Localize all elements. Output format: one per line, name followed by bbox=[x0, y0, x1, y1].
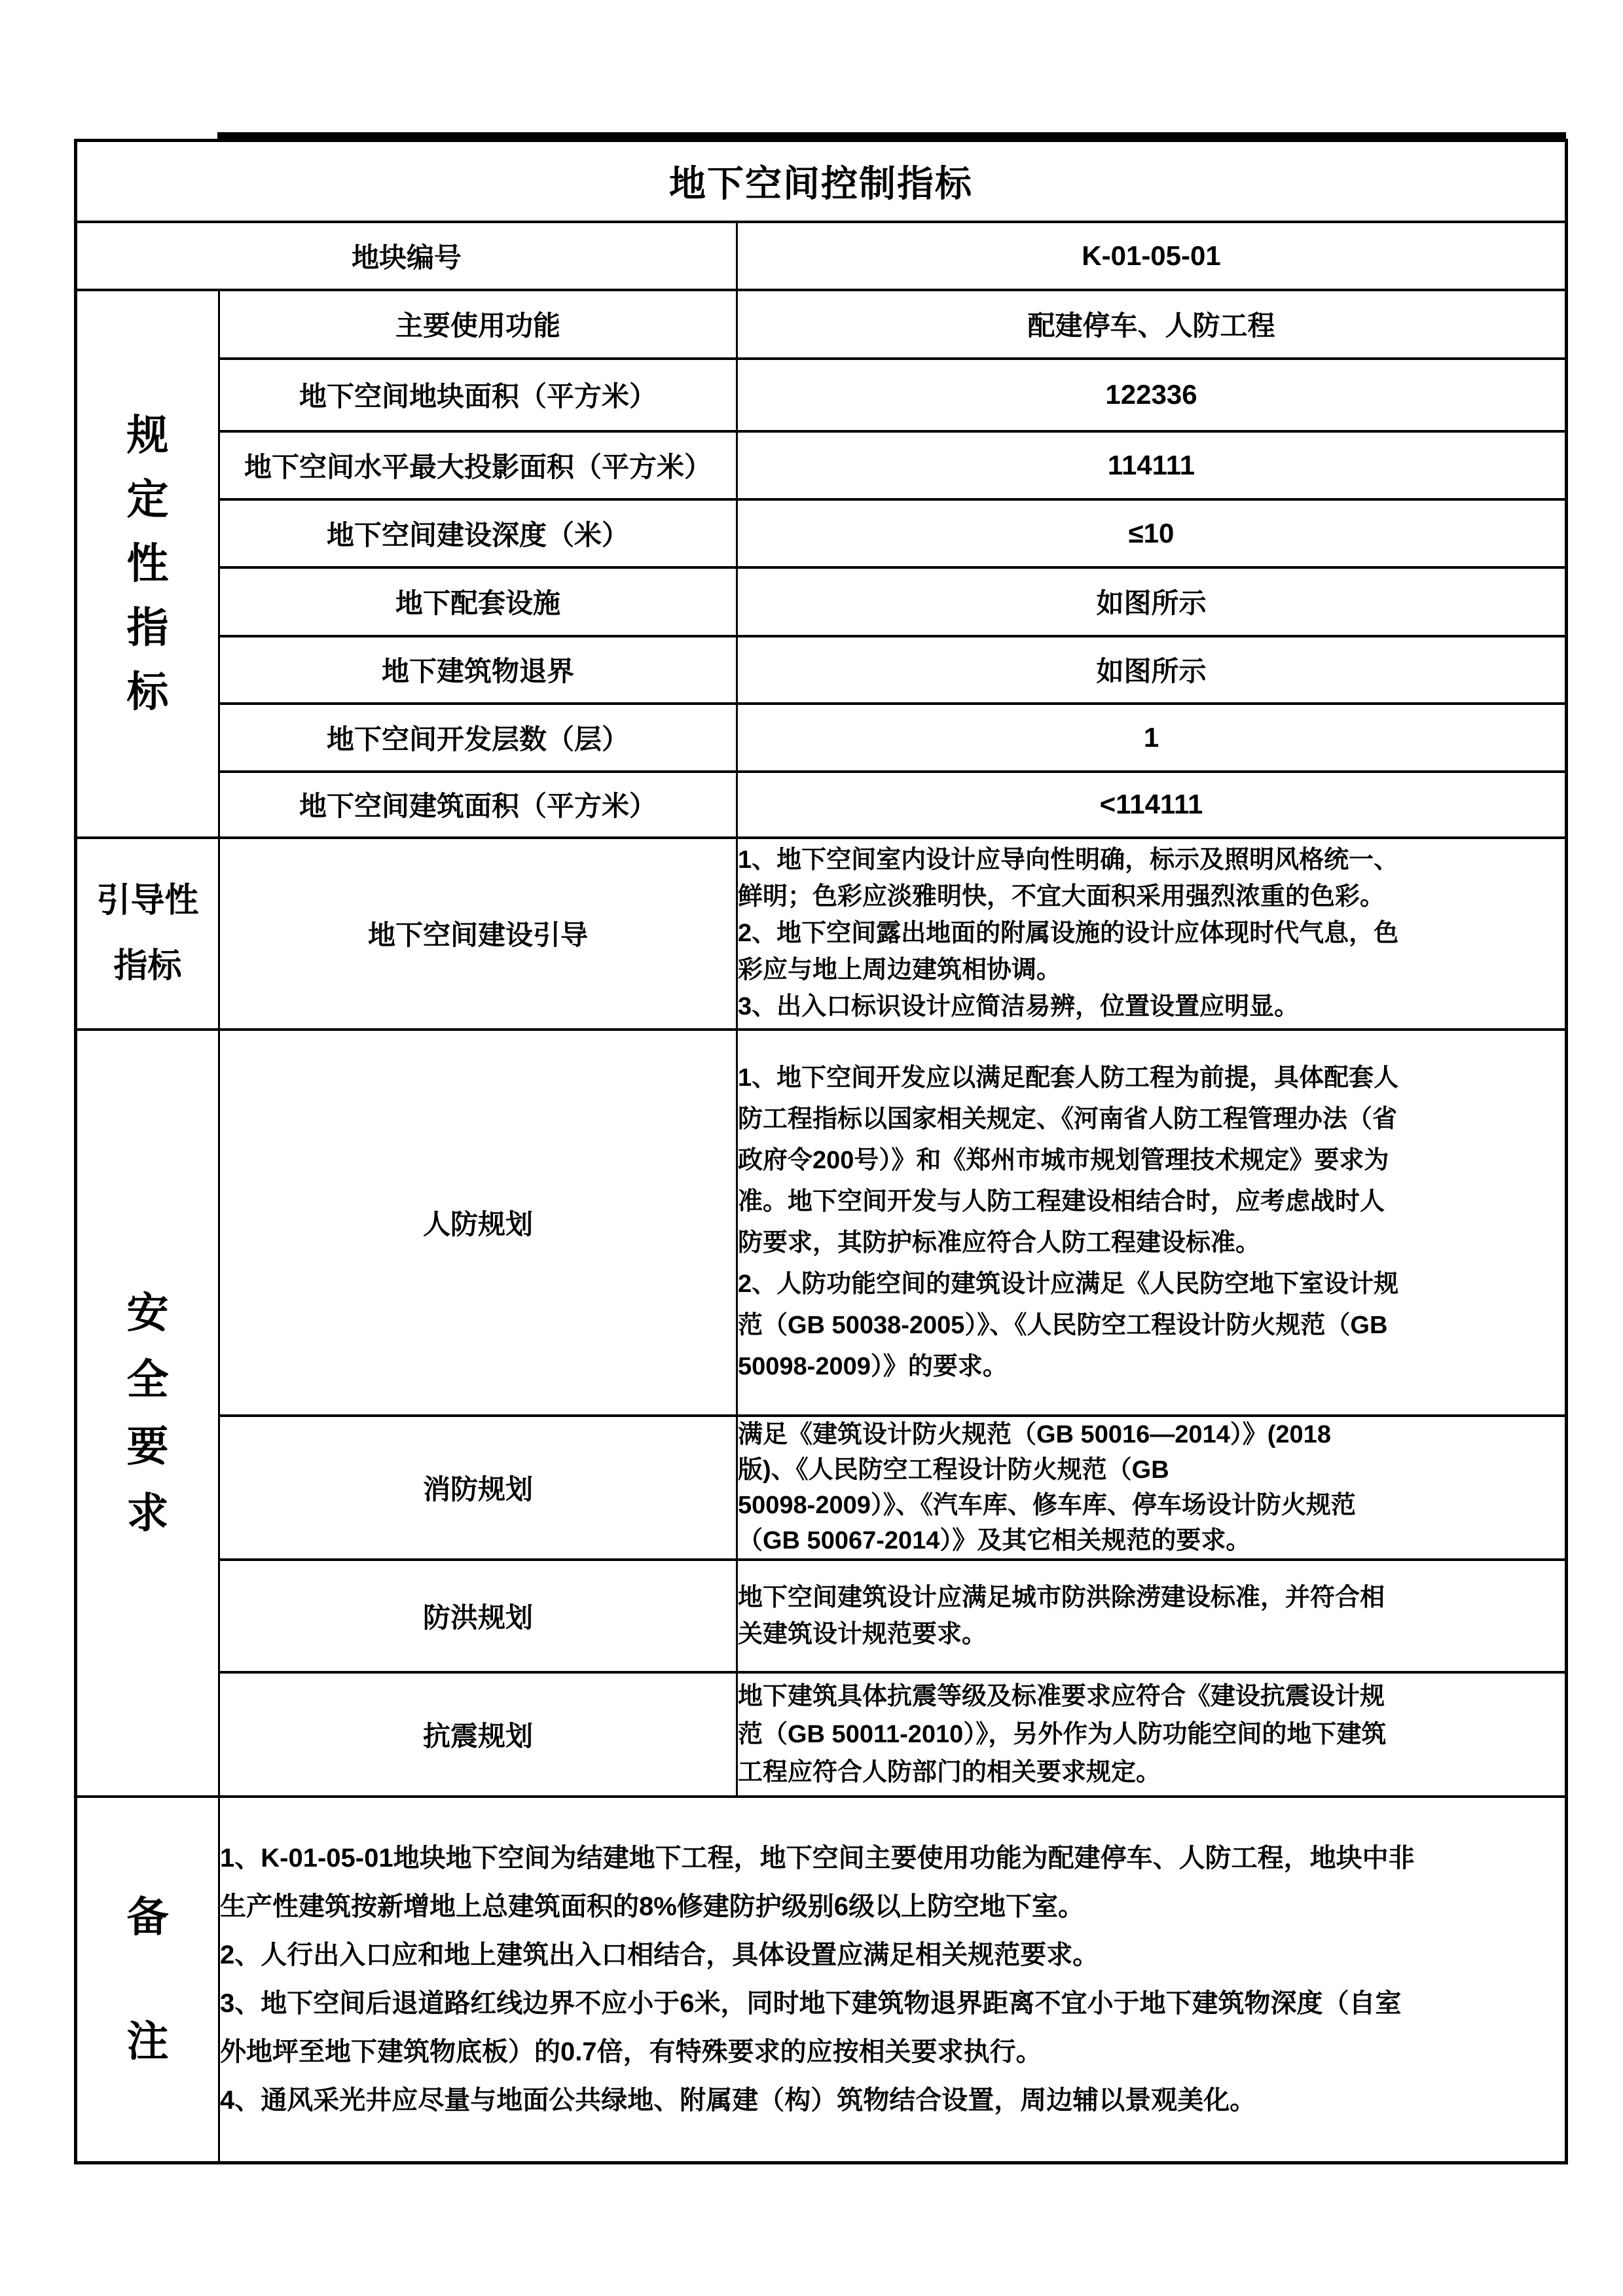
indicator-value: 114111 bbox=[737, 431, 1567, 499]
guiding-row: 引导性 指标 地下空间建设引导 1、地下空间室内设计应导向性明确，标示及照明风格… bbox=[76, 838, 1567, 1030]
group-char: 求 bbox=[127, 1492, 169, 1534]
table-row: 地下空间水平最大投影面积（平方米） 114111 bbox=[76, 431, 1567, 499]
group-char: 要 bbox=[127, 1426, 169, 1467]
civil-defense-text: 1、地下空间开发应以满足配套人防工程为前提，具体配套人 防工程指标以国家相关规定… bbox=[737, 1030, 1567, 1416]
seismic-text: 地下建筑具体抗震等级及标准要求应符合《建设抗震设计规 范（GB 50011-20… bbox=[737, 1672, 1567, 1797]
table-row: 消防规划 满足《建筑设计防火规范（GB 50016—2014）》(2018 版)… bbox=[76, 1416, 1567, 1560]
plot-number-label: 地块编号 bbox=[76, 222, 737, 290]
indicator-label: 地下空间水平最大投影面积（平方米） bbox=[219, 431, 737, 499]
table-row: 安 全 要 求 人防规划 1、地下空间开发应以满足配套人防工程为前提，具体配套人… bbox=[76, 1030, 1567, 1416]
title-row: 地下空间控制指标 bbox=[76, 141, 1567, 222]
group-label-guiding: 引导性 指标 bbox=[76, 838, 219, 1030]
fire-protection-text: 满足《建筑设计防火规范（GB 50016—2014）》(2018 版)、《人民防… bbox=[737, 1416, 1567, 1560]
group-char: 标 bbox=[127, 671, 169, 713]
plot-number-row: 地块编号 K-01-05-01 bbox=[76, 222, 1567, 290]
guiding-text: 1、地下空间室内设计应导向性明确，标示及照明风格统一、 鲜明；色彩应淡雅明快，不… bbox=[737, 838, 1567, 1030]
safety-vertical-label: 安 全 要 求 bbox=[77, 1292, 218, 1534]
indicator-label: 人防规划 bbox=[219, 1030, 737, 1416]
indicator-value: 如图所示 bbox=[737, 567, 1567, 636]
group-char: 备 bbox=[127, 1896, 169, 1938]
indicator-label: 抗震规划 bbox=[219, 1672, 737, 1797]
control-indicators-table: 地下空间控制指标 地块编号 K-01-05-01 规 定 性 指 标 主要使用功… bbox=[74, 139, 1568, 2164]
table-row: 地下空间地块面积（平方米） 122336 bbox=[76, 359, 1567, 431]
indicator-value: 配建停车、人防工程 bbox=[737, 290, 1567, 359]
plot-number-value: K-01-05-01 bbox=[737, 222, 1567, 290]
table-row: 抗震规划 地下建筑具体抗震等级及标准要求应符合《建设抗震设计规 范（GB 500… bbox=[76, 1672, 1567, 1797]
regulatory-vertical-label: 规 定 性 指 标 bbox=[77, 414, 218, 713]
table-row: 防洪规划 地下空间建筑设计应满足城市防洪除涝建设标准，并符合相 关建筑设计规范要… bbox=[76, 1560, 1567, 1672]
table-row: 地下空间开发层数（层） 1 bbox=[76, 704, 1567, 772]
group-char: 性 bbox=[127, 543, 169, 584]
indicator-label: 地下空间建设深度（米） bbox=[219, 499, 737, 567]
indicator-label: 地下空间建筑面积（平方米） bbox=[219, 772, 737, 838]
remarks-vertical-label: 备 注 bbox=[77, 1896, 218, 2062]
indicator-label: 地下空间建设引导 bbox=[219, 838, 737, 1030]
group-line: 指标 bbox=[77, 933, 218, 999]
indicator-label: 消防规划 bbox=[219, 1416, 737, 1560]
group-char: 指 bbox=[127, 607, 169, 649]
indicator-value: 122336 bbox=[737, 359, 1567, 431]
group-char: 全 bbox=[127, 1359, 169, 1401]
group-char: 定 bbox=[127, 478, 169, 520]
indicator-value: 1 bbox=[737, 704, 1567, 772]
indicator-value: <114111 bbox=[737, 772, 1567, 838]
indicator-label: 主要使用功能 bbox=[219, 290, 737, 359]
group-char: 注 bbox=[127, 2020, 169, 2062]
indicator-label: 地下建筑物退界 bbox=[219, 636, 737, 704]
group-label-regulatory: 规 定 性 指 标 bbox=[76, 290, 219, 838]
group-label-remarks: 备 注 bbox=[76, 1797, 219, 2163]
table-title: 地下空间控制指标 bbox=[76, 141, 1567, 222]
table-row: 地下建筑物退界 如图所示 bbox=[76, 636, 1567, 704]
table-row: 地下空间建筑面积（平方米） <114111 bbox=[76, 772, 1567, 838]
group-line: 引导性 bbox=[77, 868, 218, 933]
group-char: 规 bbox=[127, 414, 169, 456]
group-label-safety: 安 全 要 求 bbox=[76, 1030, 219, 1797]
indicator-value: 如图所示 bbox=[737, 636, 1567, 704]
group-char: 安 bbox=[127, 1292, 169, 1334]
indicator-label: 地下空间开发层数（层） bbox=[219, 704, 737, 772]
remarks-row: 备 注 1、K-01-05-01地块地下空间为结建地下工程，地下空间主要使用功能… bbox=[76, 1797, 1567, 2163]
document-page: 地下空间控制指标 地块编号 K-01-05-01 规 定 性 指 标 主要使用功… bbox=[0, 0, 1623, 2296]
indicator-label: 防洪规划 bbox=[219, 1560, 737, 1672]
indicator-label: 地下配套设施 bbox=[219, 567, 737, 636]
indicator-label: 地下空间地块面积（平方米） bbox=[219, 359, 737, 431]
table-row: 地下空间建设深度（米） ≤10 bbox=[76, 499, 1567, 567]
table-row: 地下配套设施 如图所示 bbox=[76, 567, 1567, 636]
indicator-value: ≤10 bbox=[737, 499, 1567, 567]
remarks-text: 1、K-01-05-01地块地下空间为结建地下工程，地下空间主要使用功能为配建停… bbox=[219, 1797, 1567, 2163]
table-row: 规 定 性 指 标 主要使用功能 配建停车、人防工程 bbox=[76, 290, 1567, 359]
flood-control-text: 地下空间建筑设计应满足城市防洪除涝建设标准，并符合相 关建筑设计规范要求。 bbox=[737, 1560, 1567, 1672]
